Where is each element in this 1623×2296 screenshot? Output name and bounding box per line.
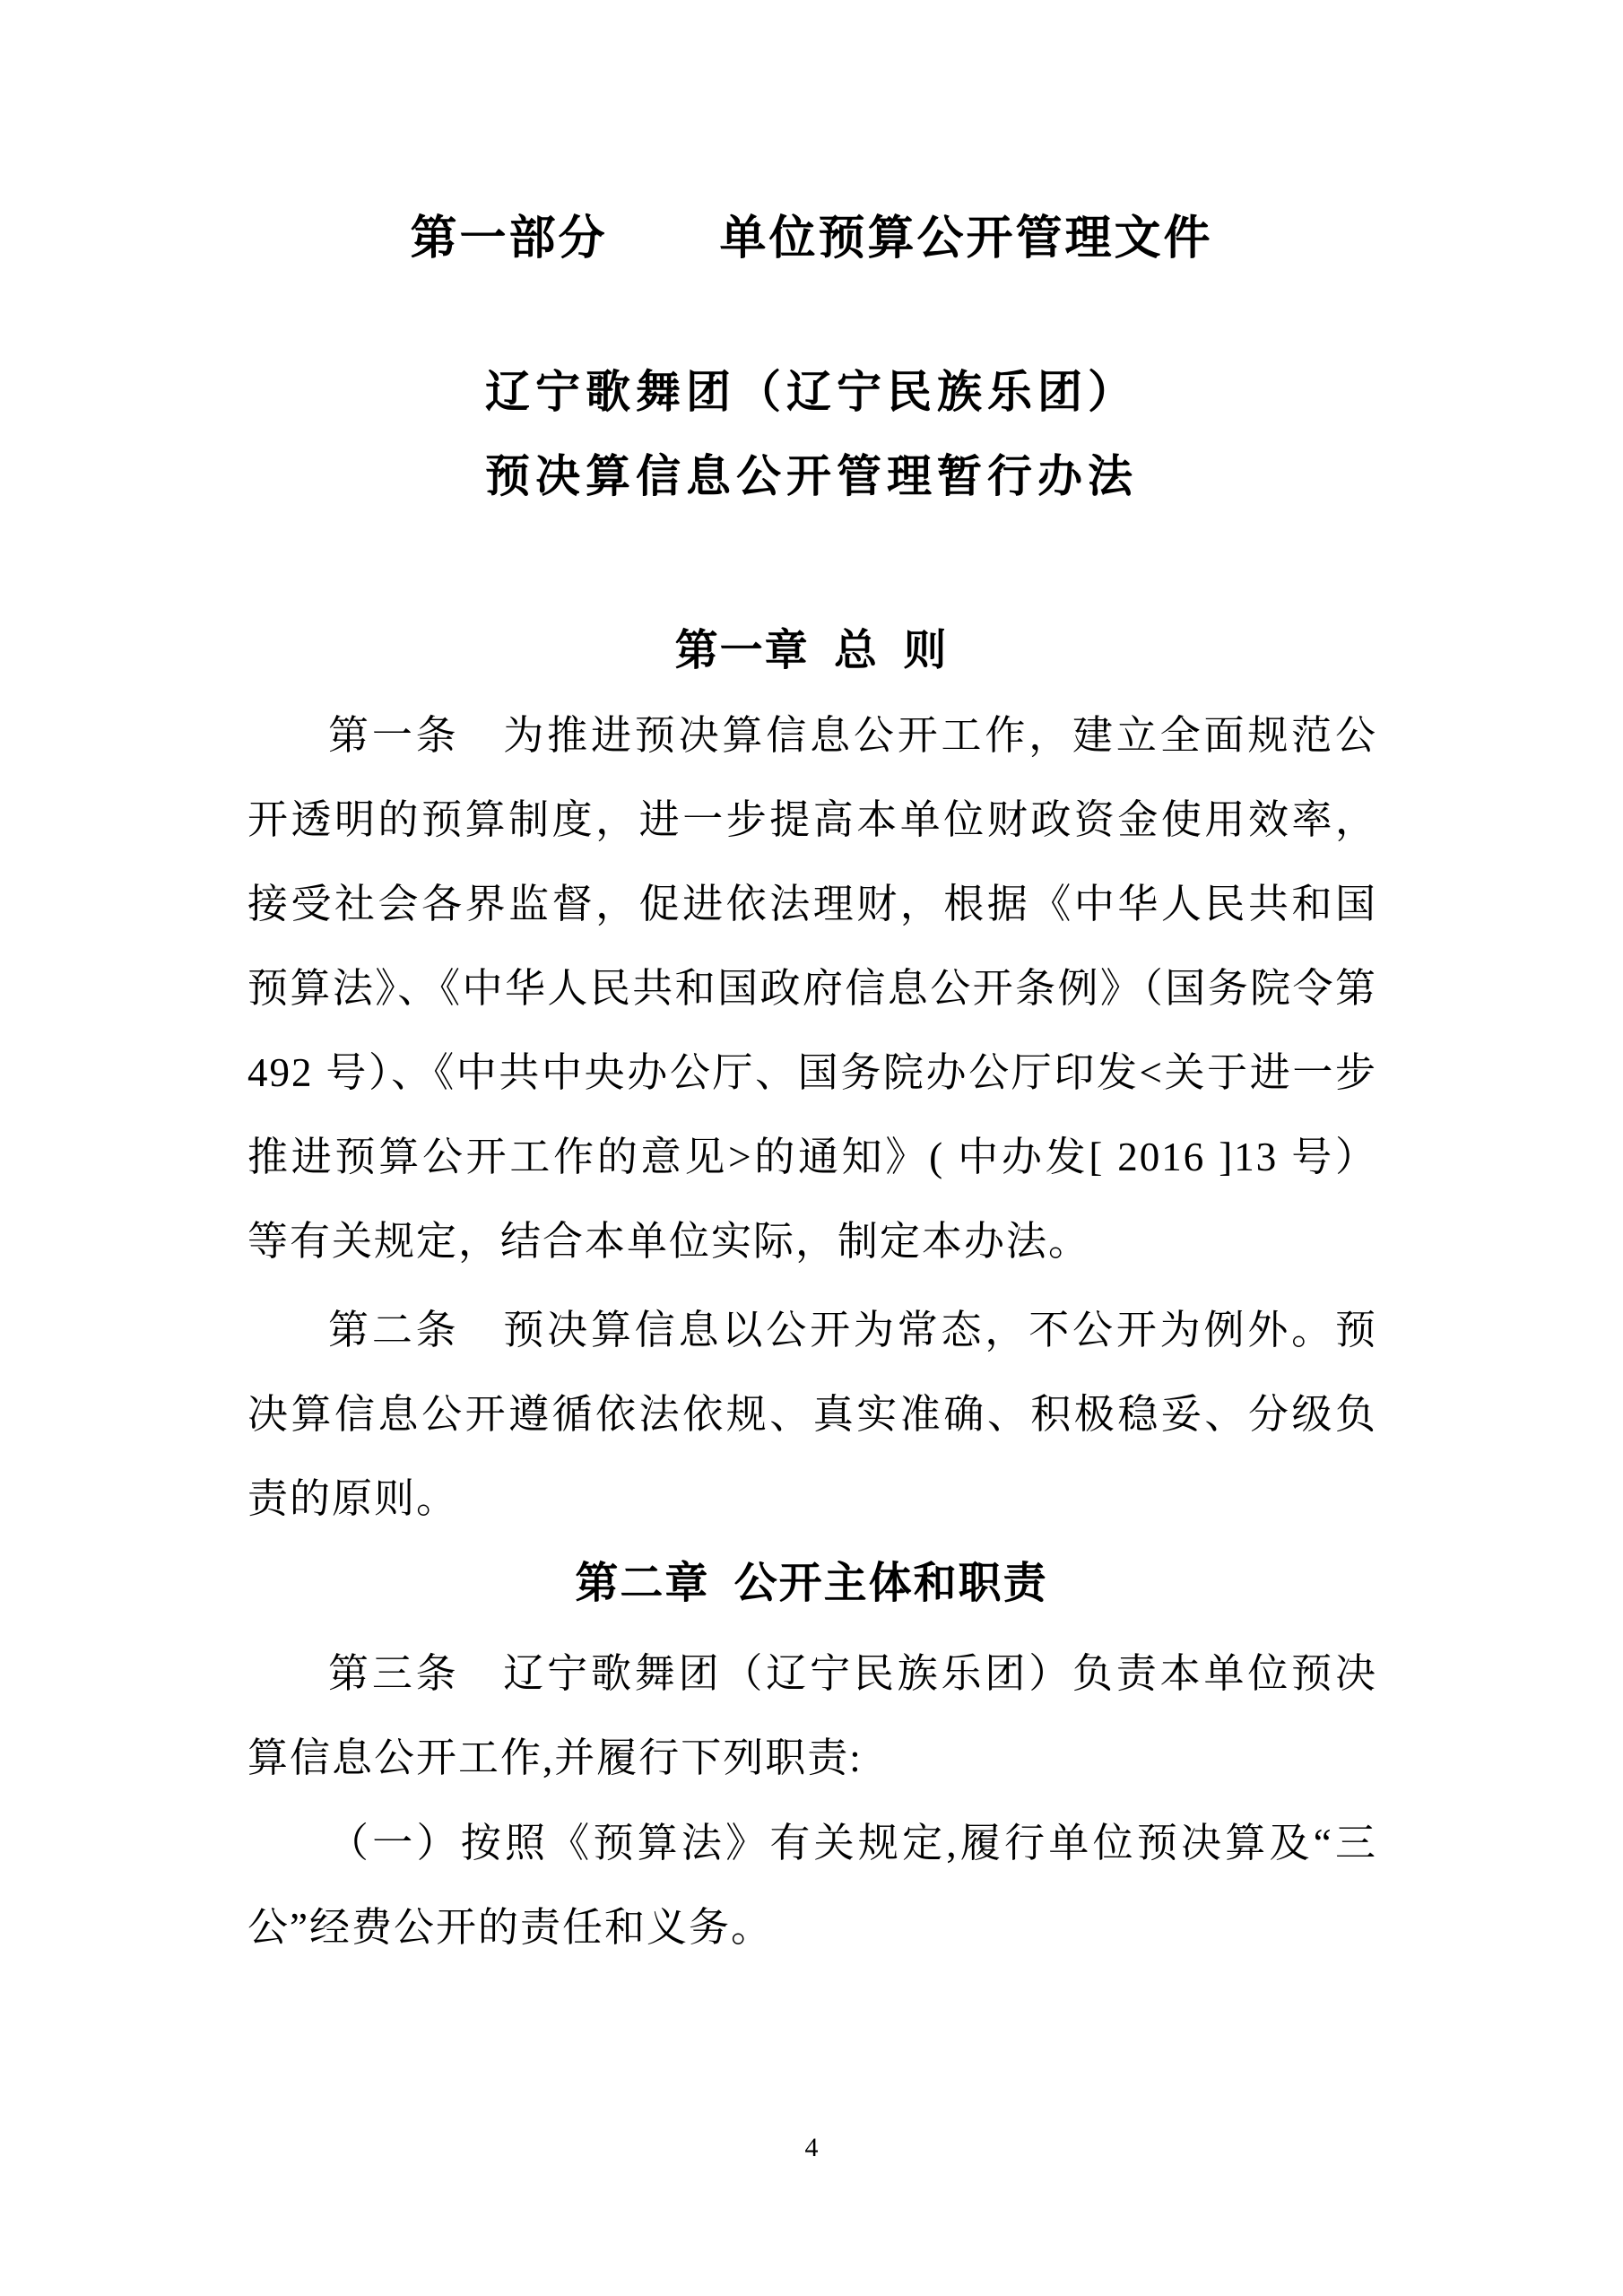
part-heading-label: 第一部分 bbox=[410, 213, 607, 265]
page-number: 4 bbox=[0, 2133, 1623, 2163]
chapter-2-heading: 第二章 公开主体和职责 bbox=[0, 1561, 1623, 1608]
part-heading: 第一部分 单位预算公开管理文件 bbox=[0, 213, 1623, 265]
article-2-paragraph: 第二条 预决算信息以公开为常态，不公开为例外。预决算信息公开遵循依法依规、真实准… bbox=[247, 1288, 1377, 1541]
article-3-paragraph: 第三条 辽宁歌舞团（辽宁民族乐团）负责本单位预决算信息公开工作,并履行下列职责: bbox=[247, 1631, 1377, 1800]
doc-title-line-2: 预决算信息公开管理暂行办法 bbox=[0, 452, 1623, 501]
chapter-1-heading: 第一章 总 则 bbox=[0, 628, 1623, 675]
document-page: 第一部分 单位预算公开管理文件 辽宁歌舞团（辽宁民族乐团） 预决算信息公开管理暂… bbox=[0, 0, 1623, 2296]
article-3-item-1-paragraph: （一）按照《预算法》有关规定,履行单位预决算及“三公”经费公开的责任和义务。 bbox=[247, 1801, 1377, 1970]
doc-title-line-1: 辽宁歌舞团（辽宁民族乐团） bbox=[0, 368, 1623, 417]
part-heading-title: 单位预算公开管理文件 bbox=[720, 213, 1213, 265]
article-1-paragraph: 第一条 为推进预决算信息公开工作，建立全面规范公开透明的预算制度，进一步提高本单… bbox=[247, 693, 1377, 1283]
